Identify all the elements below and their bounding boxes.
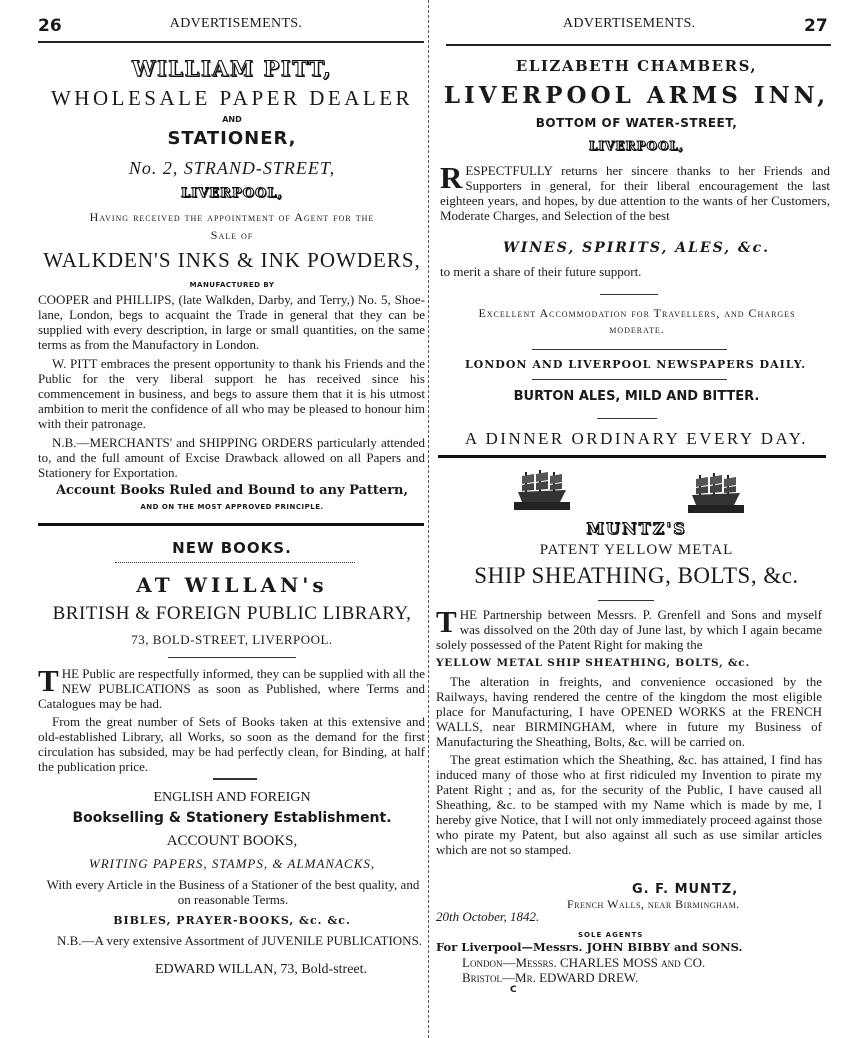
section-rule — [438, 455, 826, 458]
muntz-name: MUNTZ'S — [438, 519, 835, 538]
pitt-address: No. 2, STRAND-STREET, — [38, 158, 426, 179]
pitt-city: LIVERPOOL, — [38, 186, 426, 201]
drop-cap: T — [38, 668, 59, 694]
muntz-product: SHIP SHEATHING, BOLTS, &c. — [438, 563, 835, 589]
pitt-trade-line1: WHOLESALE PAPER DEALER — [38, 86, 426, 111]
willan-bibles: BIBLES, PRAYER-BOOKS, &c. &c. — [38, 914, 426, 927]
short-rule — [532, 379, 727, 380]
willan-heading: NEW BOOKS. — [38, 539, 426, 557]
short-rule — [597, 418, 657, 419]
left-page: 26 ADVERTISEMENTS. WILLIAM PITT, WHOLESA… — [0, 0, 432, 1038]
chambers-wines: WINES, SPIRITS, ALES, &c. — [438, 240, 835, 256]
willan-library: BRITISH & FOREIGN PUBLIC LIBRARY, — [38, 603, 426, 625]
muntz-signature: G. F. MUNTZ, — [632, 882, 738, 897]
pitt-paragraph-3: N.B.—MERCHANTS' and SHIPPING ORDERS part… — [38, 435, 425, 480]
chambers-paragraph-1: ESPECTFULLY returns her sincere thanks t… — [440, 163, 830, 223]
willan-paragraph-2: From the great number of Sets of Books t… — [38, 714, 425, 774]
chambers-city: LIVERPOOL, — [438, 139, 835, 153]
ship-icon — [686, 471, 746, 515]
short-rule — [598, 600, 654, 601]
muntz-sole-agents: SOLE AGENTS — [578, 931, 643, 939]
muntz-paragraph-2: The alteration in freights, and convenie… — [436, 674, 822, 749]
drop-cap: T — [436, 609, 457, 635]
short-rule — [168, 657, 296, 658]
page-number: 27 — [804, 16, 828, 36]
willan-paragraph-1: HE Public are respectfully informed, the… — [38, 666, 425, 711]
chambers-name: ELIZABETH CHAMBERS, — [438, 57, 835, 75]
willan-body: THE Public are respectfully informed, th… — [38, 666, 425, 774]
chambers-body: RESPECTFULLY returns her sincere thanks … — [440, 163, 830, 223]
running-head: ADVERTISEMENTS. — [40, 16, 432, 32]
muntz-paragraph-3: The great estimation which the Sheathing… — [436, 752, 822, 857]
muntz-date: 20th October, 1842. — [436, 909, 539, 925]
muntz-location: French Walls, near Birmingham. — [567, 897, 740, 912]
pitt-agent-line2: Sale of — [38, 228, 426, 243]
pitt-account-books: Account Books Ruled and Bound to any Pat… — [38, 483, 426, 498]
chambers-merit: to merit a share of their future support… — [440, 264, 641, 279]
running-head: ADVERTISEMENTS. — [563, 16, 695, 32]
muntz-paragraph-1: HE Partnership between Messrs. P. Grenfe… — [436, 607, 822, 652]
willan-name: AT WILLAN's — [38, 573, 426, 597]
chambers-inn: LIVERPOOL ARMS INN, — [438, 82, 835, 109]
wavy-rule — [115, 562, 355, 563]
short-rule — [213, 778, 257, 780]
willan-account-books: ACCOUNT BOOKS, — [38, 833, 426, 850]
muntz-agent-liverpool: For Liverpool—Messrs. JOHN BIBBY and SON… — [436, 940, 743, 954]
willan-establishment: Bookselling & Stationery Establishment. — [38, 810, 426, 826]
pitt-manufactured-by: MANUFACTURED BY — [38, 281, 426, 289]
muntz-patent: PATENT YELLOW METAL — [438, 542, 835, 559]
pitt-trade-line2: STATIONER, — [38, 128, 426, 149]
willan-address: 73, BOLD-STREET, LIVERPOOL. — [38, 632, 426, 648]
chambers-address: BOTTOM OF WATER-STREET, — [438, 116, 835, 130]
signature-mark: C — [510, 985, 517, 995]
pitt-agent-line1: Having received the appointment of Agent… — [38, 210, 426, 225]
muntz-yellow-metal: YELLOW METAL SHIP SHEATHING, BOLTS, &c. — [436, 656, 822, 671]
section-rule — [38, 523, 424, 526]
muntz-body: THE Partnership between Messrs. P. Grenf… — [436, 607, 822, 857]
short-rule — [532, 349, 727, 350]
ship-icon — [512, 468, 572, 512]
willan-article: With every Article in the Business of a … — [40, 877, 426, 907]
chambers-accommodation: Excellent Accommodation for Travellers, … — [452, 305, 822, 337]
pitt-and: AND — [38, 115, 426, 124]
willan-writing: WRITING PAPERS, STAMPS, & ALMANACKS, — [38, 856, 426, 872]
short-rule — [600, 294, 658, 295]
chambers-ales: BURTON ALES, MILD AND BITTER. — [438, 389, 835, 404]
pitt-product: WALKDEN'S INKS & INK POWDERS, — [38, 248, 426, 273]
chambers-newspapers: LONDON AND LIVERPOOL NEWSPAPERS DAILY. — [436, 358, 835, 371]
muntz-agent-bristol: Bristol—Mr. EDWARD DREW. — [462, 970, 638, 986]
pitt-principle: AND ON THE MOST APPROVED PRINCIPLE. — [38, 503, 426, 511]
drop-cap: R — [440, 165, 462, 191]
chambers-dinner: A DINNER ORDINARY EVERY DAY. — [438, 429, 835, 449]
willan-eng-foreign: ENGLISH AND FOREIGN — [38, 790, 426, 806]
willan-nb: N.B.—A very extensive Assortment of JUVE… — [43, 933, 426, 948]
pitt-paragraph-1: COOPER and PHILLIPS, (late Walkden, Darb… — [38, 292, 425, 352]
header-rule — [38, 41, 424, 43]
pitt-paragraph-2: W. PITT embraces the present opportunity… — [38, 356, 425, 431]
muntz-agent-london: London—Messrs. CHARLES MOSS and CO. — [462, 955, 705, 971]
willan-signature: EDWARD WILLAN, 73, Bold-street. — [155, 962, 367, 978]
pitt-name: WILLIAM PITT, — [38, 56, 426, 81]
header-rule — [446, 44, 831, 46]
right-page: ADVERTISEMENTS. 27 ELIZABETH CHAMBERS, L… — [432, 0, 865, 1038]
pitt-body: COOPER and PHILLIPS, (late Walkden, Darb… — [38, 292, 425, 480]
